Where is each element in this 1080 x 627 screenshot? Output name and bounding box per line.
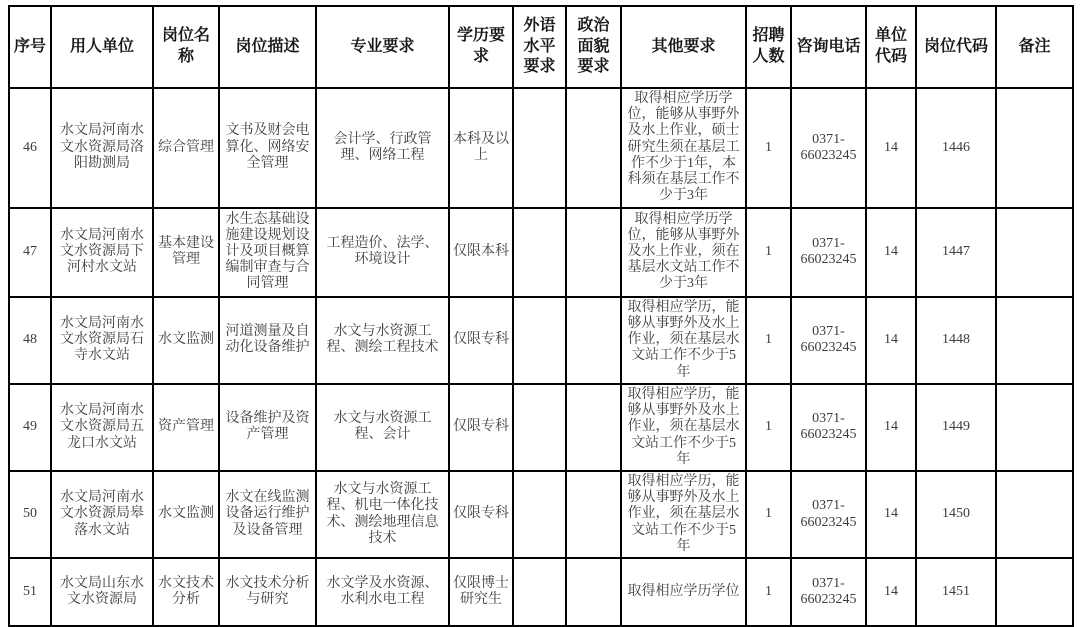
cell-position-desc: 水文技术分析与研究	[219, 558, 316, 626]
column-header-position-code: 岗位代码	[916, 6, 996, 88]
cell-position-desc: 水文在线监测设备运行维护及设备管理	[219, 471, 316, 558]
cell-foreign-lang-req	[513, 208, 566, 297]
cell-recruit-count: 1	[746, 471, 791, 558]
cell-position-code: 1450	[916, 471, 996, 558]
column-header-phone: 咨询电话	[791, 6, 866, 88]
column-header-recruit-count: 招聘人数	[746, 6, 791, 88]
cell-position-name: 基本建设管理	[153, 208, 219, 297]
cell-political-status-req	[566, 384, 621, 471]
recruitment-table: 序号用人单位岗位名称岗位描述专业要求学历要求外语水平要求政治面貌要求其他要求招聘…	[8, 5, 1074, 627]
cell-recruit-count: 1	[746, 88, 791, 208]
cell-remarks	[996, 558, 1073, 626]
table-row: 48水文局河南水文水资源局石寺水文站水文监测河道测量及自动化设备维护水文与水资源…	[9, 297, 1073, 384]
cell-remarks	[996, 471, 1073, 558]
cell-employer: 水文局河南水文水资源局下河村水文站	[51, 208, 153, 297]
cell-recruit-count: 1	[746, 208, 791, 297]
cell-unit-code: 14	[866, 297, 916, 384]
cell-position-desc: 设备维护及资产管理	[219, 384, 316, 471]
cell-employer: 水文局河南水文水资源局石寺水文站	[51, 297, 153, 384]
cell-phone: 0371-66023245	[791, 297, 866, 384]
cell-political-status-req	[566, 208, 621, 297]
cell-position-desc: 水生态基础设施建设规划设计及项目概算编制审查与合同管理	[219, 208, 316, 297]
column-header-foreign-lang-req: 外语水平要求	[513, 6, 566, 88]
cell-education-req: 本科及以上	[449, 88, 513, 208]
column-header-position-desc: 岗位描述	[219, 6, 316, 88]
cell-political-status-req	[566, 297, 621, 384]
cell-political-status-req	[566, 88, 621, 208]
cell-education-req: 仅限专科	[449, 471, 513, 558]
column-header-remarks: 备注	[996, 6, 1073, 88]
cell-recruit-count: 1	[746, 558, 791, 626]
column-header-other-req: 其他要求	[621, 6, 746, 88]
table-body: 46水文局河南水文水资源局洛阳勘测局综合管理文书及财会电算化、网络安全管理会计学…	[9, 88, 1073, 626]
cell-position-name: 水文技术分析	[153, 558, 219, 626]
cell-employer: 水文局河南水文水资源局五龙口水文站	[51, 384, 153, 471]
table-row: 46水文局河南水文水资源局洛阳勘测局综合管理文书及财会电算化、网络安全管理会计学…	[9, 88, 1073, 208]
column-header-political-status-req: 政治面貌要求	[566, 6, 621, 88]
cell-foreign-lang-req	[513, 384, 566, 471]
cell-phone: 0371-66023245	[791, 208, 866, 297]
cell-position-name: 综合管理	[153, 88, 219, 208]
cell-other-req: 取得相应学历学位，能够从事野外及水上作业，硕士研究生须在基层工作不少于1年，本科…	[621, 88, 746, 208]
cell-phone: 0371-66023245	[791, 88, 866, 208]
cell-recruit-count: 1	[746, 297, 791, 384]
cell-phone: 0371-66023245	[791, 384, 866, 471]
cell-education-req: 仅限本科	[449, 208, 513, 297]
cell-foreign-lang-req	[513, 297, 566, 384]
column-header-position-name: 岗位名称	[153, 6, 219, 88]
cell-other-req: 取得相应学历学位	[621, 558, 746, 626]
cell-remarks	[996, 297, 1073, 384]
cell-position-code: 1448	[916, 297, 996, 384]
cell-other-req: 取得相应学历学位，能够从事野外及水上作业，须在基层水文站工作不少于3年	[621, 208, 746, 297]
cell-major-req: 水文与水资源工程、机电一体化技术、测绘地理信息技术	[316, 471, 449, 558]
cell-unit-code: 14	[866, 558, 916, 626]
cell-major-req: 水文与水资源工程、测绘工程技术	[316, 297, 449, 384]
cell-serial: 50	[9, 471, 51, 558]
header-row: 序号用人单位岗位名称岗位描述专业要求学历要求外语水平要求政治面貌要求其他要求招聘…	[9, 6, 1073, 88]
cell-other-req: 取得相应学历，能够从事野外及水上作业，须在基层水文站工作不少于5年	[621, 471, 746, 558]
column-header-employer: 用人单位	[51, 6, 153, 88]
cell-education-req: 仅限博士研究生	[449, 558, 513, 626]
recruitment-table-container: 序号用人单位岗位名称岗位描述专业要求学历要求外语水平要求政治面貌要求其他要求招聘…	[8, 5, 1074, 627]
cell-education-req: 仅限专科	[449, 297, 513, 384]
cell-serial: 49	[9, 384, 51, 471]
cell-position-desc: 河道测量及自动化设备维护	[219, 297, 316, 384]
cell-serial: 46	[9, 88, 51, 208]
cell-political-status-req	[566, 471, 621, 558]
cell-serial: 51	[9, 558, 51, 626]
cell-position-desc: 文书及财会电算化、网络安全管理	[219, 88, 316, 208]
cell-major-req: 工程造价、法学、环境设计	[316, 208, 449, 297]
cell-position-name: 资产管理	[153, 384, 219, 471]
cell-education-req: 仅限专科	[449, 384, 513, 471]
cell-serial: 48	[9, 297, 51, 384]
cell-unit-code: 14	[866, 471, 916, 558]
cell-remarks	[996, 208, 1073, 297]
cell-phone: 0371-66023245	[791, 558, 866, 626]
cell-major-req: 水文与水资源工程、会计	[316, 384, 449, 471]
cell-position-code: 1447	[916, 208, 996, 297]
cell-employer: 水文局河南水文水资源局皋落水文站	[51, 471, 153, 558]
cell-foreign-lang-req	[513, 88, 566, 208]
column-header-education-req: 学历要求	[449, 6, 513, 88]
cell-position-name: 水文监测	[153, 297, 219, 384]
cell-phone: 0371-66023245	[791, 471, 866, 558]
table-row: 49水文局河南水文水资源局五龙口水文站资产管理设备维护及资产管理水文与水资源工程…	[9, 384, 1073, 471]
cell-unit-code: 14	[866, 384, 916, 471]
cell-other-req: 取得相应学历，能够从事野外及水上作业，须在基层水文站工作不少于5年	[621, 384, 746, 471]
cell-major-req: 水文学及水资源、水利水电工程	[316, 558, 449, 626]
table-row: 47水文局河南水文水资源局下河村水文站基本建设管理水生态基础设施建设规划设计及项…	[9, 208, 1073, 297]
column-header-unit-code: 单位代码	[866, 6, 916, 88]
cell-serial: 47	[9, 208, 51, 297]
table-row: 51水文局山东水文水资源局水文技术分析水文技术分析与研究水文学及水资源、水利水电…	[9, 558, 1073, 626]
cell-major-req: 会计学、行政管理、网络工程	[316, 88, 449, 208]
cell-position-name: 水文监测	[153, 471, 219, 558]
cell-position-code: 1449	[916, 384, 996, 471]
cell-unit-code: 14	[866, 88, 916, 208]
table-row: 50水文局河南水文水资源局皋落水文站水文监测水文在线监测设备运行维护及设备管理水…	[9, 471, 1073, 558]
cell-other-req: 取得相应学历，能够从事野外及水上作业，须在基层水文站工作不少于5年	[621, 297, 746, 384]
cell-foreign-lang-req	[513, 471, 566, 558]
cell-foreign-lang-req	[513, 558, 566, 626]
cell-employer: 水文局山东水文水资源局	[51, 558, 153, 626]
cell-political-status-req	[566, 558, 621, 626]
cell-recruit-count: 1	[746, 384, 791, 471]
cell-employer: 水文局河南水文水资源局洛阳勘测局	[51, 88, 153, 208]
cell-unit-code: 14	[866, 208, 916, 297]
cell-remarks	[996, 384, 1073, 471]
column-header-serial: 序号	[9, 6, 51, 88]
cell-position-code: 1446	[916, 88, 996, 208]
column-header-major-req: 专业要求	[316, 6, 449, 88]
cell-remarks	[996, 88, 1073, 208]
cell-position-code: 1451	[916, 558, 996, 626]
